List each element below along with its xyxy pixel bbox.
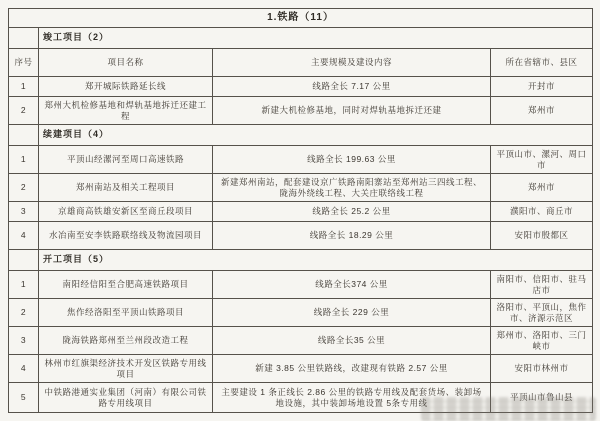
project-scope: 线路全长 229 公里 (213, 299, 491, 327)
project-location: 濮阳市、商丘市 (491, 202, 593, 222)
project-name: 平顶山经漯河至周口高速铁路 (39, 146, 213, 174)
railway-projects-table: 1.铁路（11） 竣工项目（2） 序号 项目名称 主要规模及建设内容 所在省辖市… (8, 8, 593, 413)
column-header-no: 序号 (9, 49, 39, 77)
project-name: 郑州大机检修基地和焊轨基地拆迁还建工程 (39, 97, 213, 125)
row-no: 1 (9, 271, 39, 299)
project-name: 林州市红旗渠经济技术开发区铁路专用线项目 (39, 355, 213, 383)
project-scope: 主要建设 1 条正线长 2.86 公里的铁路专用线及配套货场、装卸场地设施，其中… (213, 383, 491, 413)
column-header-scope: 主要规模及建设内容 (213, 49, 491, 77)
project-scope: 线路全长 199.63 公里 (213, 146, 491, 174)
project-scope: 线路全长 25.2 公里 (213, 202, 491, 222)
project-location: 南阳市、信阳市、驻马店市 (491, 271, 593, 299)
section-label-continuing: 续建项目（4） (39, 125, 593, 146)
table-row: 2 焦作经洛阳至平顶山铁路项目 线路全长 229 公里 洛阳市、平顶山，焦作市、… (9, 299, 593, 327)
row-no: 4 (9, 355, 39, 383)
page-title: 1.铁路（11） (9, 9, 593, 28)
column-header-name: 项目名称 (39, 49, 213, 77)
project-location: 安阳市林州市 (491, 355, 593, 383)
row-no: 2 (9, 174, 39, 202)
scanned-table-page: 1.铁路（11） 竣工项目（2） 序号 项目名称 主要规模及建设内容 所在省辖市… (0, 8, 600, 421)
table-row: 3 京雄商高铁雄安新区至商丘段项目 线路全长 25.2 公里 濮阳市、商丘市 (9, 202, 593, 222)
project-name: 水冶南至安李铁路联络线及物流园项目 (39, 222, 213, 250)
section-label-starting: 开工项目（5） (39, 250, 593, 271)
row-no: 1 (9, 146, 39, 174)
project-location: 郑州市 (491, 174, 593, 202)
table-row: 4 水冶南至安李铁路联络线及物流园项目 线路全长 18.29 公里 安阳市殷都区 (9, 222, 593, 250)
row-no: 2 (9, 299, 39, 327)
project-name: 中铁路港通实业集团（河南）有限公司铁路专用线项目 (39, 383, 213, 413)
project-scope: 新建 3.85 公里铁路线，改建现有铁路 2.57 公里 (213, 355, 491, 383)
project-location: 平顶山市鲁山县 (491, 383, 593, 413)
table-row: 1.铁路（11） (9, 9, 593, 28)
table-row: 4 林州市红旗渠经济技术开发区铁路专用线项目 新建 3.85 公里铁路线，改建现… (9, 355, 593, 383)
project-scope: 线路全长35 公里 (213, 327, 491, 355)
project-scope: 新建大机检修基地，同时对焊轨基地拆迁还建 (213, 97, 491, 125)
row-no: 4 (9, 222, 39, 250)
table-row: 3 陇海铁路郑州至兰州段改造工程 线路全长35 公里 郑州市、洛阳市、三门峡市 (9, 327, 593, 355)
project-location: 郑州市、洛阳市、三门峡市 (491, 327, 593, 355)
table-row: 5 中铁路港通实业集团（河南）有限公司铁路专用线项目 主要建设 1 条正线长 2… (9, 383, 593, 413)
project-name: 南阳经信阳至合肥高速铁路项目 (39, 271, 213, 299)
section-label-completed: 竣工项目（2） (39, 28, 593, 49)
project-name: 京雄商高铁雄安新区至商丘段项目 (39, 202, 213, 222)
project-location: 安阳市殷都区 (491, 222, 593, 250)
table-row: 1 郑开城际铁路延长线 线路全长 7.17 公里 开封市 (9, 77, 593, 97)
project-scope: 新建郑州南站，配套建设京广铁路南阳寨站至郑州站三四线工程、陇海外绕线工程、大关庄… (213, 174, 491, 202)
project-location: 郑州市 (491, 97, 593, 125)
section-spacer-cell (9, 125, 39, 146)
project-location: 洛阳市、平顶山，焦作市、济源示范区 (491, 299, 593, 327)
project-scope: 线路全长 18.29 公里 (213, 222, 491, 250)
column-header-location: 所在省辖市、县区 (491, 49, 593, 77)
table-row: 2 郑州大机检修基地和焊轨基地拆迁还建工程 新建大机检修基地，同时对焊轨基地拆迁… (9, 97, 593, 125)
section-spacer-cell (9, 28, 39, 49)
project-location: 开封市 (491, 77, 593, 97)
table-header-row: 序号 项目名称 主要规模及建设内容 所在省辖市、县区 (9, 49, 593, 77)
project-scope: 线路全长 7.17 公里 (213, 77, 491, 97)
table-row: 1 南阳经信阳至合肥高速铁路项目 线路全长374 公里 南阳市、信阳市、驻马店市 (9, 271, 593, 299)
project-name: 陇海铁路郑州至兰州段改造工程 (39, 327, 213, 355)
project-name: 郑州南站及相关工程项目 (39, 174, 213, 202)
project-name: 郑开城际铁路延长线 (39, 77, 213, 97)
project-name: 焦作经洛阳至平顶山铁路项目 (39, 299, 213, 327)
row-no: 3 (9, 202, 39, 222)
table-row: 竣工项目（2） (9, 28, 593, 49)
row-no: 2 (9, 97, 39, 125)
table-row: 续建项目（4） (9, 125, 593, 146)
row-no: 3 (9, 327, 39, 355)
row-no: 5 (9, 383, 39, 413)
table-row: 开工项目（5） (9, 250, 593, 271)
section-spacer-cell (9, 250, 39, 271)
table-row: 1 平顶山经漯河至周口高速铁路 线路全长 199.63 公里 平顶山市、漯河、周… (9, 146, 593, 174)
table-row: 2 郑州南站及相关工程项目 新建郑州南站，配套建设京广铁路南阳寨站至郑州站三四线… (9, 174, 593, 202)
project-scope: 线路全长374 公里 (213, 271, 491, 299)
row-no: 1 (9, 77, 39, 97)
project-location: 平顶山市、漯河、周口市 (491, 146, 593, 174)
